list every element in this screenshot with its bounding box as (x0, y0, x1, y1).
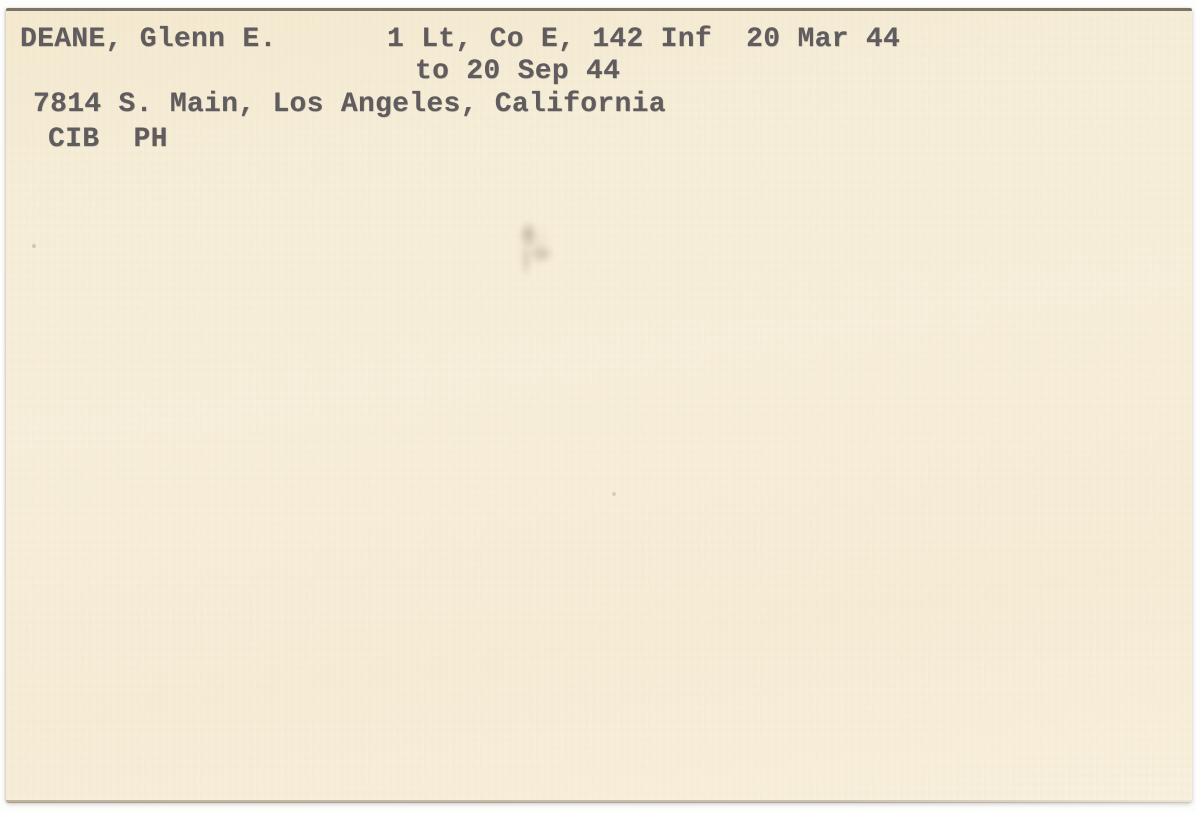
paper-speck (612, 492, 616, 496)
card-name: DEANE, Glenn E. (20, 26, 277, 54)
card-service-end-date: to 20 Sep 44 (415, 58, 620, 86)
card-address: 7814 S. Main, Los Angeles, California (33, 91, 666, 119)
card-rank-unit-date: 1 Lt, Co E, 142 Inf 20 Mar 44 (387, 26, 900, 54)
index-card: DEANE, Glenn E. 1 Lt, Co E, 142 Inf 20 M… (6, 8, 1192, 802)
scan-background: DEANE, Glenn E. 1 Lt, Co E, 142 Inf 20 M… (0, 0, 1196, 813)
card-bottom-edge-shadow (6, 800, 1192, 803)
paper-speck (32, 244, 36, 248)
card-awards: CIB PH (48, 126, 168, 154)
ink-smudge-stain (494, 206, 574, 291)
